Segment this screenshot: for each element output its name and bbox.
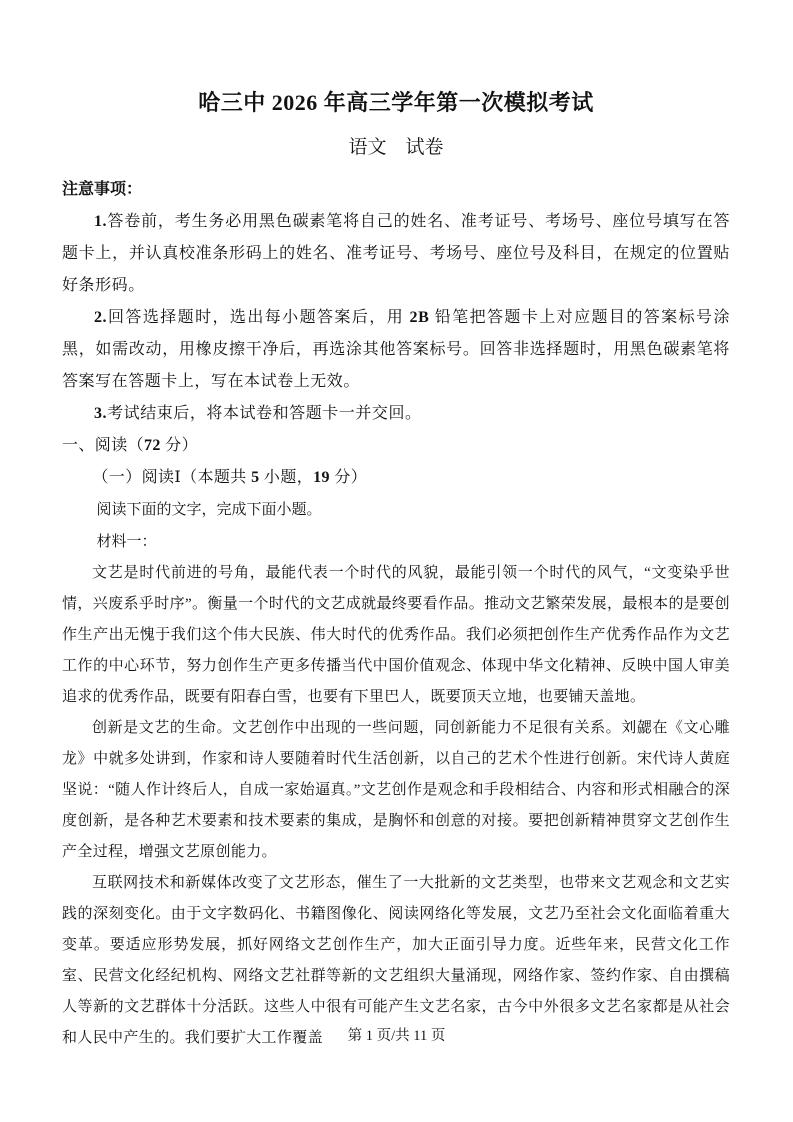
reading-instruction: 阅读下面的文字，完成下面小题。 <box>62 494 730 526</box>
material-one-label: 材料一： <box>62 526 730 558</box>
exam-document-page: 哈三中 2026 年高三学年第一次模拟考试 语文 试卷 注意事项： 1.答卷前，… <box>0 0 793 1122</box>
exam-title: 哈三中 2026 年高三学年第一次模拟考试 <box>62 88 730 118</box>
notice-item-2: 2.回答选择题时，选出每小题答案后，用 2B 铅笔把答题卡上对应题目的答案标号涂… <box>62 302 730 398</box>
material-paragraph-2: 创新是文艺的生命。文艺创作中出现的一些问题，同创新能力不足很有关系。刘勰在《文心… <box>62 713 730 868</box>
notice-item-3: 3.考试结束后，将本试卷和答题卡一并交回。 <box>62 398 730 430</box>
notice-item-1: 1.答卷前，考生务必用黑色碳素笔将自己的姓名、准考证号、考场号、座位号填写在答题… <box>62 206 730 302</box>
section-one-subheading: （一）阅读Ⅰ（本题共 5 小题，19 分） <box>62 462 730 494</box>
page-number: 第 1 页/共 11 页 <box>0 1026 793 1046</box>
page-content: 哈三中 2026 年高三学年第一次模拟考试 语文 试卷 注意事项： 1.答卷前，… <box>62 88 730 1054</box>
material-paragraph-1: 文艺是时代前进的号角，最能代表一个时代的风貌，最能引领一个时代的风气，“文变染乎… <box>62 558 730 713</box>
section-one-heading: 一、阅读（72 分） <box>62 430 730 462</box>
exam-subtitle: 语文 试卷 <box>62 134 730 162</box>
notice-heading: 注意事项： <box>62 174 730 206</box>
